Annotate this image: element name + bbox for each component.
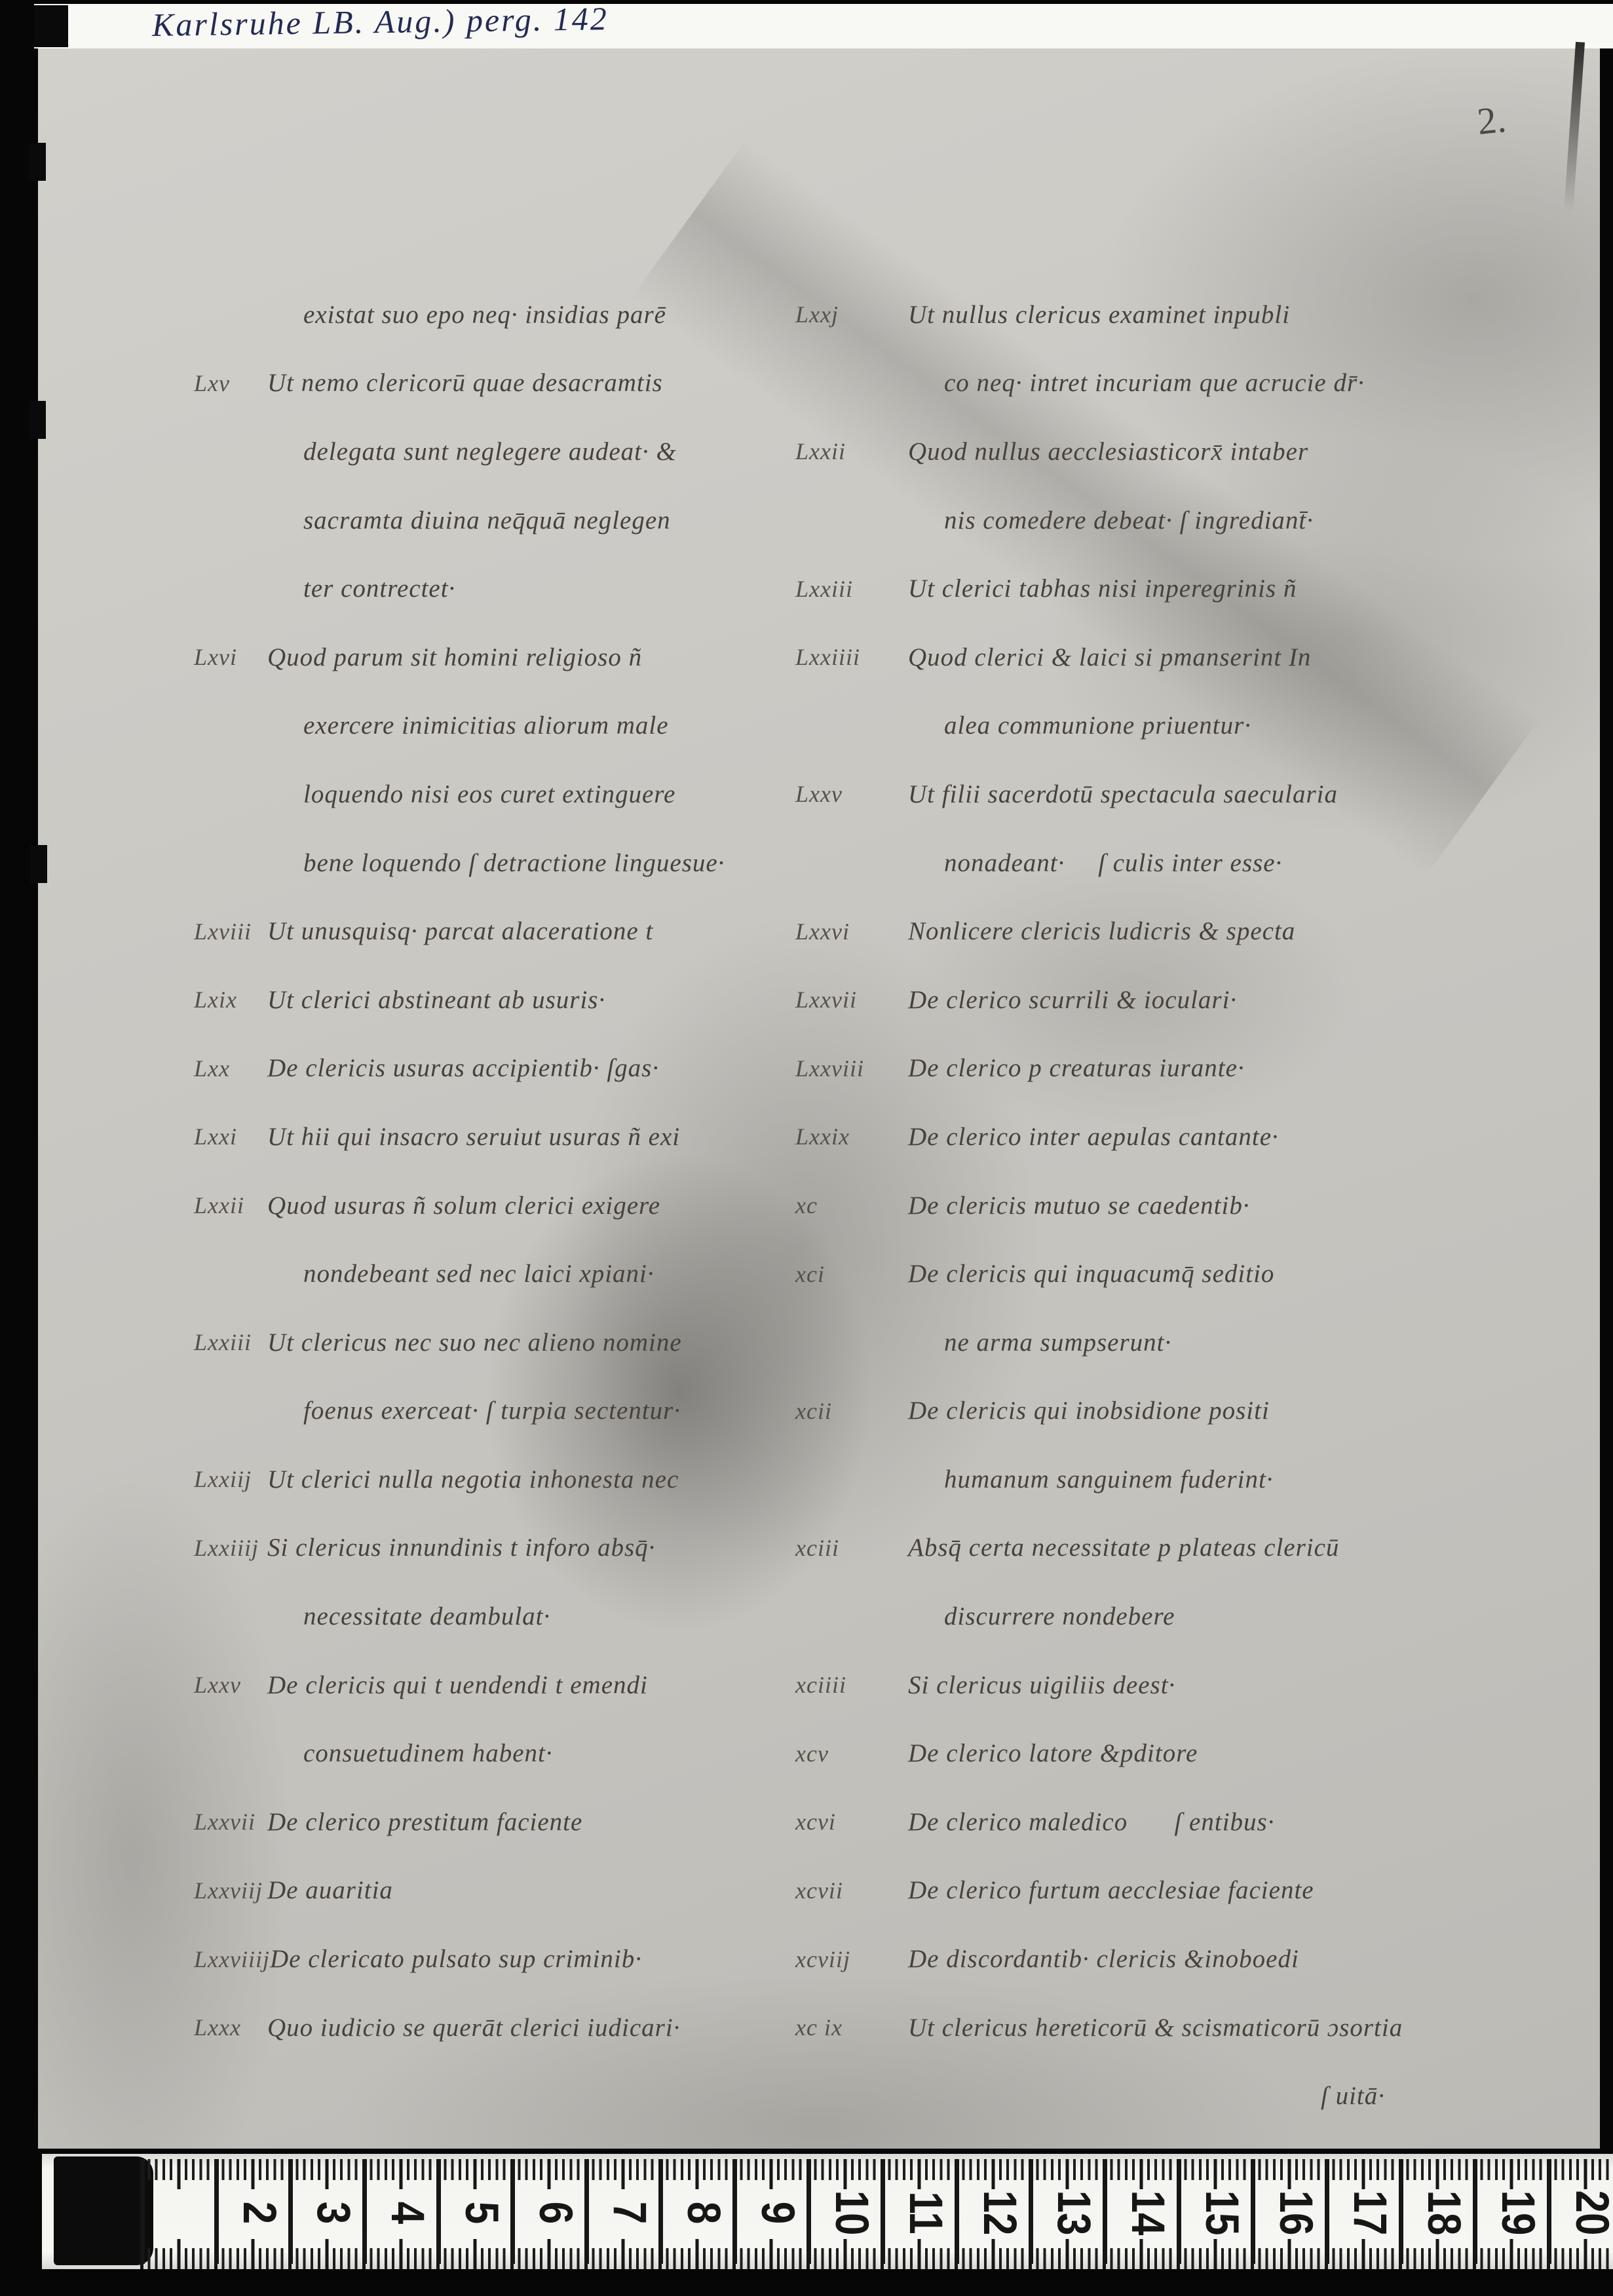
manuscript-line: xcviDe clerico maledico ſ entibus· (795, 1788, 1608, 1856)
chapter-title-text: De clerico scurrili & ioculari· (908, 985, 1237, 1015)
ruler-number: 7 (599, 2187, 660, 2239)
manuscript-line: co neq· intret incuriam que acrucie dr̄· (795, 349, 1608, 418)
chapter-title-text: De auaritia (267, 1875, 393, 1905)
ruler-number: 15 (1192, 2187, 1252, 2239)
manuscript-line: LxviiiUt unusquisq· parcat alaceratione … (194, 897, 803, 966)
ruler-number: 10 (822, 2187, 882, 2239)
chapter-title-text: Si clericus uigiliis deest· (908, 1670, 1175, 1700)
chapter-title-text: Absq̄ certa necessitate p plateas cleric… (908, 1533, 1339, 1562)
manuscript-line: LxxiiiUt clerici tabhas nisi inperegrini… (795, 554, 1608, 623)
chapter-title-text: Ut hii qui insacro seruiut usuras ñ exi (267, 1122, 680, 1152)
manuscript-line: necessitate deambulat· (194, 1582, 803, 1651)
chapter-number: Lxxiii (795, 575, 908, 603)
manuscript-line: foenus exerceat· ſ turpia sectentur· (194, 1377, 803, 1446)
chapter-title-text: Ut nullus clericus examinet inpubli (908, 300, 1290, 329)
ruler-number: 8 (674, 2187, 734, 2239)
manuscript-line: LxxixDe clerico inter aepulas cantante· (795, 1102, 1608, 1171)
chapter-number: Lxxv (795, 780, 908, 808)
manuscript-line: ne arma sumpserunt· (795, 1308, 1608, 1377)
film-notch (29, 143, 46, 181)
chapter-title-text: Ut clerici tabhas nisi inperegrinis ñ (908, 574, 1297, 603)
film-notch (30, 845, 47, 883)
photo-frame: Karlsruhe LB. Aug.) perg. 142 2. existat… (0, 0, 1613, 2296)
archive-label-text: Karlsruhe LB. Aug.) perg. 142 (152, 0, 609, 44)
chapter-title-text: sacramta diuina neq̄quā neglegen (267, 506, 671, 535)
manuscript-line: xciiDe clericis qui inobsidione positi (795, 1377, 1608, 1446)
manuscript-line: LxxiiQuod nullus aecclesiasticorx̄ intab… (795, 417, 1608, 486)
manuscript-line: sacramta diuina neq̄quā neglegen (194, 486, 803, 555)
manuscript-line: LxxjUt nullus clericus examinet inpubli (795, 280, 1608, 349)
chapter-number: Lxxix (795, 1123, 908, 1150)
chapter-number: Lxxiiij (194, 1534, 267, 1562)
manuscript-line: LxvUt nemo clericorū quae desacramtis (194, 349, 803, 418)
chapter-number: xciiii (795, 1671, 908, 1699)
ruler-number: 12 (970, 2187, 1030, 2239)
chapter-title-text: De clerico latore &pditore (908, 1739, 1198, 1768)
manuscript-line: loquendo nisi eos curet extinguere (194, 760, 803, 829)
chapter-title-text: De clerico p creaturas iurante· (908, 1053, 1245, 1083)
chapter-number: Lxxvii (194, 1808, 267, 1835)
chapter-number: Lxxiij (194, 1465, 267, 1493)
manuscript-line: LxxiiQuod usuras ñ solum clerici exigere (194, 1171, 803, 1240)
chapter-title-text: Ut clericus nec suo nec alieno nomine (267, 1328, 682, 1357)
ruler-number: 17 (1340, 2187, 1400, 2239)
manuscript-line: nonadeant· ſ culis inter esse· (795, 829, 1608, 897)
manuscript-line: xcviiDe clerico furtum aecclesiae facien… (795, 1856, 1608, 1925)
chapter-title-text: Si clericus innundinis t inforo absq̄· (267, 1533, 655, 1562)
chapter-number: Lxxx (194, 2014, 267, 2041)
manuscript-line: LxxiiiiQuod clerici & laici si pmanserin… (795, 623, 1608, 692)
chapter-title-text: Ut clericus hereticorū & scismaticorū ɔs… (908, 2013, 1403, 2042)
chapter-number: Lxv (194, 369, 267, 397)
manuscript-line: existat suo epo neq· insidias parē (194, 280, 803, 349)
chapter-title-text: Ut filii sacerdotū spectacula saecularia (908, 780, 1338, 809)
chapter-title-text: De clerico maledico ſ entibus· (908, 1807, 1274, 1837)
chapter-title-text: ne arma sumpserunt· (908, 1328, 1171, 1357)
chapter-number: xcviij (795, 1946, 908, 1973)
ruler-number: 6 (525, 2187, 586, 2239)
ruler-number: 4 (377, 2187, 438, 2239)
chapter-title-text: bene loquendo ſ detractione linguesue· (267, 848, 725, 878)
chapter-title-text: De clerico inter aepulas cantante· (908, 1122, 1279, 1152)
manuscript-line: xcDe clericis mutuo se caedentib· (795, 1171, 1608, 1240)
manuscript-line: LxixUt clerici abstineant ab usuris· (194, 966, 803, 1034)
ruler-number: 9 (748, 2187, 808, 2239)
chapter-title-text: Quod usuras ñ solum clerici exigere (267, 1191, 660, 1220)
chapter-title-text: De clericis mutuo se caedentib· (908, 1191, 1250, 1220)
manuscript-line: LxxiiijSi clericus innundinis t inforo a… (194, 1514, 803, 1583)
manuscript-line: xciiiAbsq̄ certa necessitate p plateas c… (795, 1514, 1608, 1583)
manuscript-right-column: LxxjUt nullus clericus examinet inpublic… (795, 280, 1608, 2130)
ruler: 234567891011121314151617181920 (42, 2154, 1613, 2269)
crease-mark (1564, 42, 1585, 212)
manuscript-line: LxxvDe clericis qui t uendendi t emendi (194, 1651, 803, 1720)
manuscript-line: LxxviiDe clerico scurrili & ioculari· (795, 966, 1608, 1034)
ruler-end-block (54, 2156, 153, 2265)
chapter-number: xcv (795, 1740, 908, 1767)
chapter-title-text: nis comedere debeat· ſ ingrediant̄· (908, 506, 1314, 535)
ruler-number: 5 (451, 2187, 512, 2239)
ruler-number: 18 (1414, 2187, 1474, 2239)
chapter-title-text: De clerico prestitum faciente (267, 1807, 582, 1837)
manuscript-line: LxviQuod parum sit homini religioso ñ (194, 623, 803, 692)
chapter-title-text: De clericis qui inobsidione positi (908, 1396, 1270, 1425)
chapter-number: xc ix (795, 2014, 908, 2041)
manuscript-line: LxxxQuo iudicio se querāt clerici iudica… (194, 1993, 803, 2062)
manuscript-line: consuetudinem habent· (194, 1719, 803, 1788)
manuscript-line: LxxvUt filii sacerdotū spectacula saecul… (795, 760, 1608, 829)
chapter-title-text: discurrere nondebere (908, 1602, 1175, 1631)
chapter-title-text: De clerico furtum aecclesiae faciente (908, 1875, 1314, 1905)
chapter-title-text: co neq· intret incuriam que acrucie dr̄· (908, 368, 1365, 398)
chapter-title-text: Quod parum sit homini religioso ñ (267, 643, 642, 672)
manuscript-line: bene loquendo ſ detractione linguesue· (194, 829, 803, 897)
chapter-title-text: De clericato pulsato sup criminib· (270, 1944, 642, 1974)
chapter-number: xcvii (795, 1877, 908, 1904)
chapter-title-text: Ut clerici nulla negotia inhonesta nec (267, 1465, 679, 1494)
ruler-number: 3 (303, 2187, 364, 2239)
manuscript-line: LxxviiiDe clerico p creaturas iurante· (795, 1034, 1608, 1103)
chapter-title-text: necessitate deambulat· (267, 1602, 550, 1631)
chapter-title-text: De clericis qui t uendendi t emendi (267, 1670, 648, 1700)
chapter-title-text: nondebeant sed nec laici xpiani· (267, 1259, 655, 1289)
manuscript-line: xcvDe clerico latore &pditore (795, 1719, 1608, 1788)
manuscript-line: ter contrectet· (194, 554, 803, 623)
chapter-number: Lxvi (194, 643, 267, 671)
chapter-title-text: consuetudinem habent· (267, 1739, 553, 1768)
manuscript-line: LxxviiDe clerico prestitum faciente (194, 1788, 803, 1856)
ruler-number: 13 (1044, 2187, 1104, 2239)
chapter-title-text: foenus exerceat· ſ turpia sectentur· (267, 1396, 681, 1425)
manuscript-line: LxxiiiUt clericus nec suo nec alieno nom… (194, 1308, 803, 1377)
chapter-number: Lxxvi (795, 918, 908, 945)
chapter-title-text: nonadeant· ſ culis inter esse· (908, 848, 1282, 878)
manuscript-line: LxxiijUt clerici nulla negotia inhonesta… (194, 1445, 803, 1514)
manuscript-line: delegata sunt neglegere audeat· & (194, 417, 803, 486)
chapter-title-text: De clericis qui inquacumq̄ seditio (908, 1259, 1274, 1289)
chapter-number: Lxxii (795, 438, 908, 465)
manuscript-line: xciiiiSi clericus uigiliis deest· (795, 1651, 1608, 1720)
manuscript-line: xc ixUt clericus hereticorū & scismatico… (795, 1993, 1608, 2062)
archive-label-strip: Karlsruhe LB. Aug.) perg. 142 (34, 4, 1613, 48)
ruler-number: 14 (1118, 2187, 1178, 2239)
chapter-number: Lxxi (194, 1123, 267, 1150)
chapter-number: Lxxii (194, 1192, 267, 1219)
manuscript-line: xciDe clericis qui inquacumq̄ seditio (795, 1239, 1608, 1308)
chapter-title-text: existat suo epo neq· insidias parē (267, 300, 666, 329)
chapter-number: Lxxv (194, 1671, 267, 1699)
chapter-number: xciii (795, 1534, 908, 1562)
chapter-title-text: Ut clerici abstineant ab usuris· (267, 985, 605, 1015)
manuscript-line: nis comedere debeat· ſ ingrediant̄· (795, 486, 1608, 555)
chapter-number: xcvi (795, 1808, 908, 1835)
chapter-number: Lxix (194, 986, 267, 1013)
chapter-number: Lxxj (795, 301, 908, 328)
chapter-number: Lxxiii (194, 1328, 267, 1356)
chapter-number: xc (795, 1192, 908, 1219)
chapter-title-text: Ut unusquisq· parcat alaceratione t (267, 916, 653, 946)
manuscript-line: LxxiUt hii qui insacro seruiut usuras ñ … (194, 1102, 803, 1171)
chapter-title-text: loquendo nisi eos curet extinguere (267, 780, 675, 809)
manuscript-line: nondebeant sed nec laici xpiani· (194, 1239, 803, 1308)
chapter-number: Lxviii (194, 918, 267, 945)
manuscript-line: alea communione priuentur· (795, 692, 1608, 761)
manuscript-line: xcviijDe discordantib· clericis &inoboed… (795, 1925, 1608, 1993)
chapter-title-text: delegata sunt neglegere audeat· & (267, 437, 677, 466)
chapter-number: xci (795, 1260, 908, 1288)
ruler-number: 20 (1562, 2187, 1613, 2239)
chapter-number: Lxxiiii (795, 643, 908, 671)
chapter-title-text: alea communione priuentur· (908, 711, 1251, 740)
manuscript-line: discurrere nondebere (795, 1582, 1608, 1651)
chapter-title-text: Nonlicere clericis ludicris & specta (908, 916, 1295, 946)
chapter-title-text: exercere inimicitias aliorum male (267, 711, 669, 740)
chapter-title-text: Quo iudicio se querāt clerici iudicari· (267, 2013, 680, 2042)
chapter-title-text: Ut nemo clericorū quae desacramtis (267, 368, 663, 398)
chapter-number: Lxxviij (194, 1877, 267, 1904)
manuscript-line: LxxviijDe auaritia (194, 1856, 803, 1925)
folio-number: 2. (1475, 97, 1508, 143)
ruler-number: 11 (896, 2187, 956, 2239)
chapter-number: Lxx (194, 1055, 267, 1082)
ruler-number: 19 (1488, 2187, 1548, 2239)
manuscript-left-column: existat suo epo neq· insidias parēLxvUt … (194, 280, 803, 2061)
film-notch (29, 401, 46, 439)
ruler-number: 2 (229, 2187, 290, 2239)
manuscript-line: LxxDe clericis usuras accipientib· ſgas· (194, 1034, 803, 1103)
chapter-title-text: De discordantib· clericis &inoboedi (908, 1944, 1299, 1974)
chapter-number: Lxxvii (795, 986, 908, 1013)
manuscript-line: exercere inimicitias aliorum male (194, 692, 803, 761)
manuscript-line: ſ uitā· (795, 2061, 1608, 2130)
manuscript-line: LxxviNonlicere clericis ludicris & spect… (795, 897, 1608, 966)
film-edge-tab (34, 5, 68, 47)
chapter-title-text: humanum sanguinem fuderint· (908, 1465, 1274, 1494)
chapter-title-text: ſ uitā· (1321, 2081, 1385, 2111)
chapter-number: Lxxviiij (194, 1946, 270, 1973)
ruler-number: 16 (1266, 2187, 1326, 2239)
manuscript-line: humanum sanguinem fuderint· (795, 1445, 1608, 1514)
chapter-number: Lxxviii (795, 1055, 908, 1082)
chapter-number: xcii (795, 1397, 908, 1425)
chapter-title-text: Quod nullus aecclesiasticorx̄ intaber (908, 437, 1308, 466)
chapter-title-text: De clericis usuras accipientib· ſgas· (267, 1053, 659, 1083)
manuscript-line: LxxviiijDe clericato pulsato sup crimini… (194, 1925, 803, 1993)
chapter-title-text: Quod clerici & laici si pmanserint In (908, 643, 1311, 672)
chapter-title-text: ter contrectet· (267, 574, 455, 603)
